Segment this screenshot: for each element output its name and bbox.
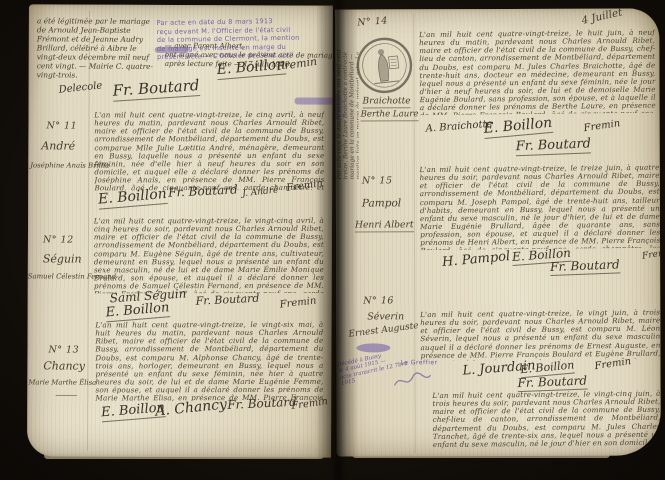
signature-delecole: Delecole [58, 80, 103, 95]
entry-number: N° 13 [48, 344, 79, 355]
entry-surname: Chancy [43, 359, 85, 372]
entry-given-names: Henri Albert [355, 219, 414, 232]
entry-paragraph: L'an mil huit cent quatre-vingt-treize, … [94, 111, 324, 191]
purple-ink-mark [336, 94, 340, 120]
right-page: 4 Juillet Par acte reçu le douze octobre… [335, 8, 661, 456]
entry-surname: Braichotte [363, 96, 411, 108]
greffier-stamp: Le Greffier [400, 359, 437, 366]
signature-boutard: Fr. Boutard [112, 76, 200, 102]
signature: E. Boillon [483, 115, 553, 139]
signature: Fr. Boutard [515, 136, 591, 156]
entry-given-names: Ernest Auguste [348, 321, 419, 340]
signature: Fremin [642, 247, 661, 262]
margin-dash: ——— [55, 390, 76, 399]
purple-ink-smudge [155, 47, 189, 53]
entry-paragraph-partial: L'an mil huit cent quatre-vingt-treize, … [432, 390, 660, 450]
entry-paragraph: L'an mil huit cent quatre-vingt-treize, … [94, 217, 324, 294]
entry-given-names: Berthe Laure [361, 109, 419, 121]
entry-given-names: Marie Marthe Élisa [28, 378, 96, 386]
signature: H. Pampol [442, 249, 511, 270]
corner-date-note: 4 Juillet [580, 8, 623, 26]
register-scan: a été légitimée par le mariage de Arnoul… [0, 0, 665, 480]
purple-signature-squiggle [392, 369, 432, 391]
entry-number: N° 11 [46, 120, 77, 131]
entry-paragraph: L'an mil huit cent quatre-vingt-treize, … [419, 29, 656, 115]
signature: Fr. Boutard [227, 395, 297, 412]
signature: Fr. Boutard [517, 373, 587, 392]
entry-surname: Séverin [367, 311, 404, 322]
entry-surname: Pampol [362, 197, 401, 209]
signature: Fremin [279, 295, 317, 310]
signature: Fremin [583, 118, 621, 134]
signature: Fr. Boutard [195, 292, 259, 308]
entry-paragraph: L'an mil huit cent quatre-vingt-treize, … [95, 321, 323, 402]
entry-surname: André [41, 139, 75, 152]
entry-surname: Séguin [43, 252, 82, 265]
entry-paragraph: L'an mil huit cent quatre-vingt-treize, … [419, 164, 660, 251]
marginal-legitimation-note: a été légitimée par le mariage de Arnoul… [37, 16, 173, 80]
marriage-mention-stamp: Par acte en date du 8 mars 1913 reçu dev… [156, 16, 332, 62]
entry-number: N° 15 [362, 175, 393, 186]
signature: Fr. Boutard [550, 257, 620, 276]
entry-number: N° 12 [43, 234, 74, 245]
left-page: a été légitimée par le mariage de Arnoul… [27, 4, 333, 457]
purple-ink-smudge [295, 97, 333, 104]
entry-number: N° 14 [357, 15, 388, 28]
entry-number: N° 16 [363, 295, 394, 306]
entry-paragraph: L'an mil huit cent quatre-vingt-treize, … [420, 309, 661, 362]
round-revenue-stamp-icon [352, 33, 416, 97]
signature: Fr. Boutard [168, 182, 238, 199]
signature: J. André [242, 186, 279, 200]
